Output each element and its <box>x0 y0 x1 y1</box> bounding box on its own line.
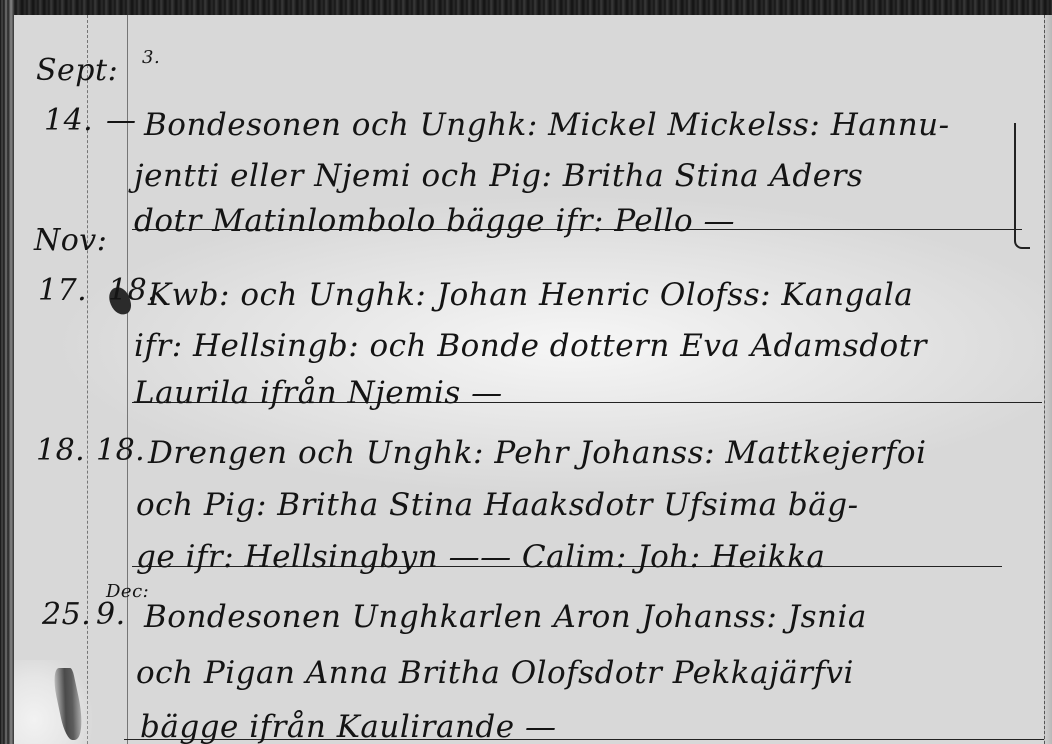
entry-1-bracket <box>1014 123 1030 249</box>
entry-3-line-3: ge ifr: Hellsingbyn —— Calim: Joh: Heikk… <box>136 539 825 575</box>
margin-month-nov: Nov: <box>34 223 107 258</box>
entry-4-line-1: Bondesonen Unghkarlen Aron Johanss: Jsni… <box>144 599 867 635</box>
entry-3-line-2: och Pig: Britha Stina Haaksdotr Ufsima b… <box>136 487 859 523</box>
register-page: Sept: 3. Nov: Dec: 14. — Bondesonen och … <box>14 15 1044 744</box>
page-top-edge <box>0 0 1052 16</box>
entry-4-date-1: 25. <box>42 597 91 632</box>
entry-3-date-1: 18. <box>36 433 85 468</box>
register-scan: Sept: 3. Nov: Dec: 14. — Bondesonen och … <box>0 0 1052 744</box>
entry-1-line-2: jentti eller Njemi och Pig: Britha Stina… <box>134 158 863 194</box>
entry-1-line-3: dotr Matinlombolo bägge ifr: Pello — <box>134 203 735 239</box>
entry-4-line-3: bägge ifrån Kaulirande — <box>140 709 556 744</box>
margin-extra-day: 3. <box>142 47 160 68</box>
entry-3-date-2: 18. <box>96 433 145 468</box>
entry-3-line-1: Drengen och Unghk: Pehr Johanss: Mattkej… <box>148 435 927 471</box>
entry-2-date-1: 17. <box>38 273 87 308</box>
page-right-edge <box>1044 15 1052 744</box>
entry-4-date-2: 9. <box>96 597 126 632</box>
entry-1-date-1: 14. <box>44 103 93 138</box>
entry-1-line-1: Bondesonen och Unghk: Mickel Mickelss: H… <box>144 107 950 143</box>
entry-2-line-1: Kwb: och Unghk: Johan Henric Olofss: Kan… <box>148 277 913 313</box>
page-left-edge <box>0 0 14 744</box>
entry-1-date-2: — <box>106 103 137 138</box>
margin-month-sept: Sept: <box>36 53 118 88</box>
entry-2-line-2: ifr: Hellsingb: och Bonde dottern Eva Ad… <box>134 328 927 364</box>
entry-4-line-2: och Pigan Anna Britha Olofsdotr Pekkajär… <box>136 655 854 691</box>
entry-2-line-3: Laurila ifrån Njemis — <box>134 375 503 411</box>
